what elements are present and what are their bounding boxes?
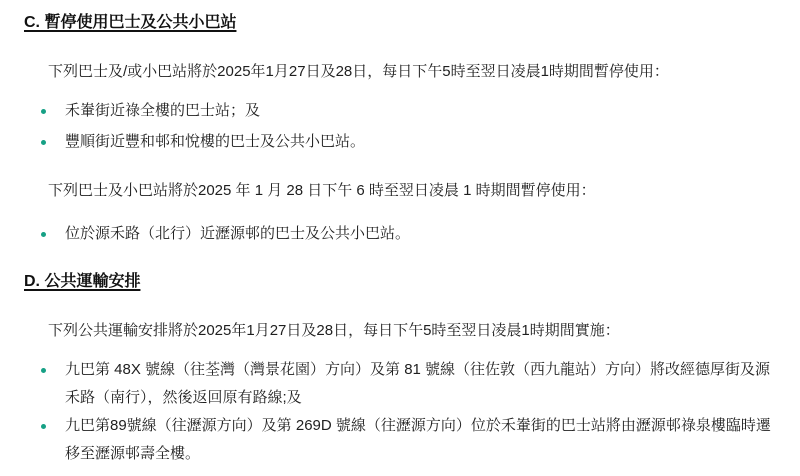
list-item: 豐順街近豐和邨和悅樓的巴士及公共小巴站。 — [24, 131, 782, 153]
list-item: 九巴第89號線（往瀝源方向）及第 269D 號線（往瀝源方向）位於禾輋街的巴士站… — [24, 412, 782, 468]
bullet-icon — [41, 368, 46, 373]
list-item-text: 禾輋街近祿全樓的巴士站；及 — [65, 100, 782, 122]
section-d-intro-paragraph: 下列公共運輸安排將於2025年1月27日及28日，每日下午5時至翌日凌晨1時期間… — [24, 320, 782, 341]
bullet-icon — [41, 232, 46, 237]
bullet-icon — [41, 109, 46, 114]
list-item: 九巴第 48X 號線（往荃灣（灣景花園）方向）及第 81 號線（往佐敦（西九龍站… — [24, 356, 782, 412]
section-c-heading: C. 暫停使用巴士及公共小巴站 — [24, 12, 782, 34]
section-c-second-paragraph: 下列巴士及小巴站將於2025 年 1 月 28 日下午 6 時至翌日凌晨 1 時… — [24, 180, 782, 201]
list-item: 禾輋街近祿全樓的巴士站；及 — [24, 100, 782, 122]
suspended-stops-list-1: 禾輋街近祿全樓的巴士站；及 豐順街近豐和邨和悅樓的巴士及公共小巴站。 — [24, 100, 782, 153]
list-item-text: 九巴第89號線（往瀝源方向）及第 269D 號線（往瀝源方向）位於禾輋街的巴士站… — [65, 412, 782, 468]
list-item-text: 豐順街近豐和邨和悅樓的巴士及公共小巴站。 — [65, 131, 782, 153]
transport-arrangements-list: 九巴第 48X 號線（往荃灣（灣景花園）方向）及第 81 號線（往佐敦（西九龍站… — [24, 356, 782, 468]
section-d-heading: D. 公共運輸安排 — [24, 271, 782, 293]
notice-document: C. 暫停使用巴士及公共小巴站 下列巴士及/或小巴站將於2025年1月27日及2… — [0, 0, 800, 468]
section-c-intro-paragraph: 下列巴士及/或小巴站將於2025年1月27日及28日，每日下午5時至翌日凌晨1時… — [24, 61, 782, 82]
list-item: 位於源禾路（北行）近瀝源邨的巴士及公共小巴站。 — [24, 223, 782, 245]
bullet-icon — [41, 424, 46, 429]
bullet-icon — [41, 140, 46, 145]
suspended-stops-list-2: 位於源禾路（北行）近瀝源邨的巴士及公共小巴站。 — [24, 223, 782, 245]
list-item-text: 位於源禾路（北行）近瀝源邨的巴士及公共小巴站。 — [65, 223, 782, 245]
list-item-text: 九巴第 48X 號線（往荃灣（灣景花園）方向）及第 81 號線（往佐敦（西九龍站… — [65, 356, 782, 412]
